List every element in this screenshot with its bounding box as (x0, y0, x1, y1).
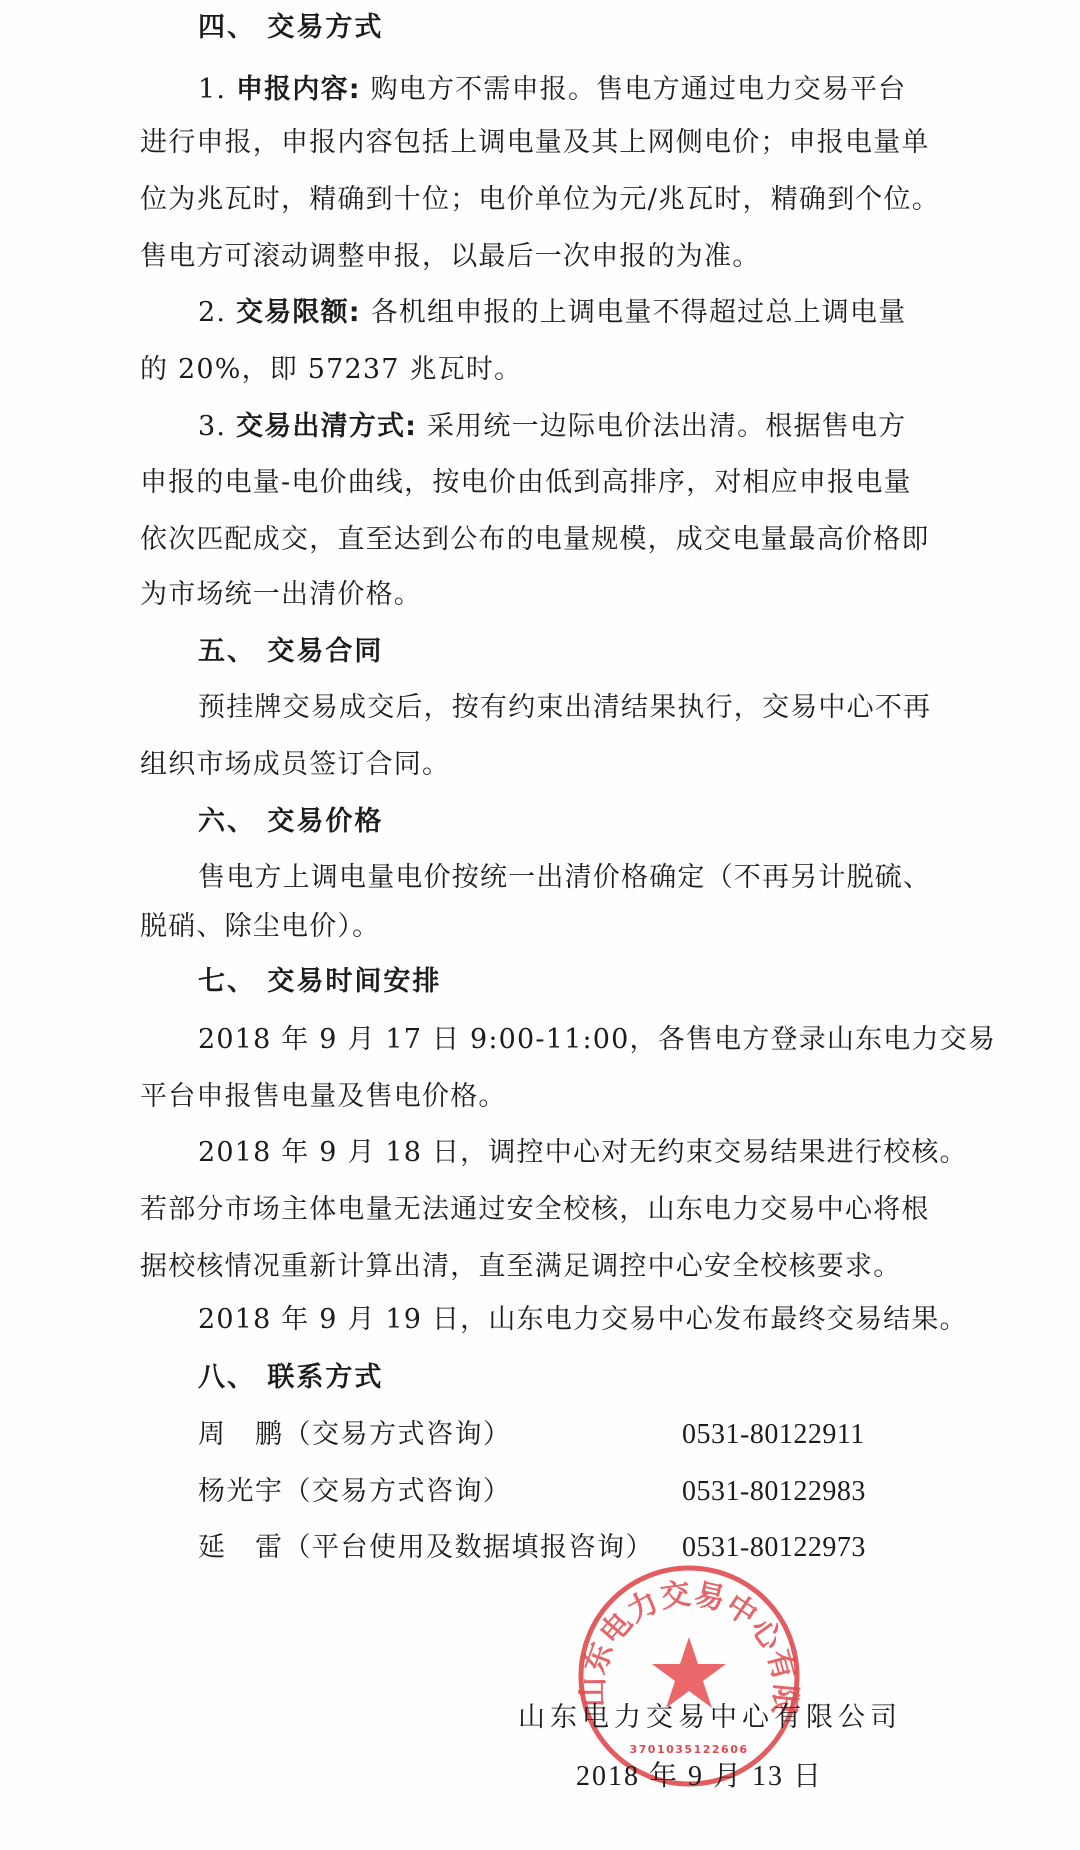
paragraph-line: 若部分市场主体电量无法通过安全校核，山东电力交易中心将根 (140, 1190, 960, 1230)
section-heading-five: 五、 交易合同 (198, 632, 1018, 672)
seal-code: 3701035122606 (630, 1743, 749, 1756)
item-number: 2. (198, 297, 226, 328)
contact-phone: 0531-80122983 (682, 1472, 866, 1512)
paragraph-line: 申报的电量-电价曲线，按电价由低到高排序，对相应申报电量 (140, 463, 960, 503)
paragraph-line: 位为兆瓦时，精确到十位；电价单位为元/兆瓦时，精确到个位。 (140, 180, 960, 220)
paragraph-line: 2018 年 9 月 19 日，山东电力交易中心发布最终交易结果。 (198, 1300, 1018, 1340)
paragraph-line: 2018 年 9 月 18 日，调控中心对无约束交易结果进行校核。 (198, 1133, 1018, 1173)
document-page: 四、 交易方式 1. 申报内容: 购电方不需申报。售电方通过电力交易平台 进行申… (0, 0, 1080, 1850)
contact-phone: 0531-80122911 (682, 1415, 865, 1455)
contact-name: 杨光宇 (198, 1472, 284, 1512)
official-seal-stamp: 山东电力交易中心有限公司 3701035122606 (576, 1563, 802, 1789)
paragraph-line: 售电方可滚动调整申报，以最后一次申报的为准。 (140, 237, 960, 277)
paragraph-line: 平台申报售电量及售电价格。 (140, 1077, 960, 1117)
contact-row: 周 鹏（交易方式咨询） 0531-80122911 (198, 1415, 898, 1455)
paragraph-line: 2018 年 9 月 17 日 9:00-11:00，各售电方登录山东电力交易 (198, 1020, 1018, 1060)
item-2-first-line: 2. 交易限额: 各机组申报的上调电量不得超过总上调电量 (198, 293, 1018, 333)
contact-role: （交易方式咨询） (284, 1419, 512, 1450)
paragraph-line: 依次匹配成交，直至达到公布的电量规模，成交电量最高价格即 (140, 520, 960, 560)
paragraph-line: 据校核情况重新计算出清，直至满足调控中心安全校核要求。 (140, 1247, 960, 1287)
section-heading-six: 六、 交易价格 (198, 802, 1018, 842)
section-heading-eight: 八、 联系方式 (198, 1358, 1018, 1398)
section-heading-four: 四、 交易方式 (198, 8, 1018, 48)
contact-phone: 0531-80122973 (682, 1528, 866, 1568)
item-label: 申报内容: (236, 74, 361, 105)
contact-role: （平台使用及数据填报咨询） (284, 1532, 655, 1563)
paragraph-line: 的 20%，即 57237 兆瓦时。 (140, 350, 960, 390)
item-number: 3. (198, 411, 226, 442)
paragraph-line: 脱硝、除尘电价）。 (140, 907, 960, 947)
contact-row: 延 雷（平台使用及数据填报咨询） 0531-80122973 (198, 1528, 898, 1568)
contact-row: 杨光宇（交易方式咨询） 0531-80122983 (198, 1472, 898, 1512)
paragraph-line: 进行申报，申报内容包括上调电量及其上网侧电价；申报电量单 (140, 123, 960, 163)
signature-organization: 山东电力交易中心有限公司 (518, 1698, 902, 1738)
item-label: 交易限额: (236, 297, 361, 328)
item-label: 交易出清方式: (236, 411, 417, 442)
item-text: 购电方不需申报。售电方通过电力交易平台 (371, 74, 907, 105)
contact-name: 周 鹏 (198, 1415, 284, 1455)
item-text: 各机组申报的上调电量不得超过总上调电量 (371, 297, 907, 328)
contact-name: 延 雷 (198, 1528, 284, 1568)
item-1-first-line: 1. 申报内容: 购电方不需申报。售电方通过电力交易平台 (198, 70, 1018, 110)
paragraph-line: 预挂牌交易成交后，按有约束出清结果执行，交易中心不再 (198, 688, 1018, 728)
item-number: 1. (198, 74, 226, 105)
paragraph-line: 售电方上调电量电价按统一出清价格确定（不再另计脱硫、 (198, 858, 1018, 898)
section-heading-seven: 七、 交易时间安排 (198, 962, 1018, 1002)
item-3-first-line: 3. 交易出清方式: 采用统一边际电价法出清。根据售电方 (198, 407, 1018, 447)
paragraph-line: 组织市场成员签订合同。 (140, 745, 960, 785)
item-text: 采用统一边际电价法出清。根据售电方 (427, 411, 906, 442)
signature-date: 2018 年 9 月 13 日 (576, 1757, 823, 1797)
contact-role: （交易方式咨询） (284, 1476, 512, 1507)
paragraph-line: 为市场统一出清价格。 (140, 575, 960, 615)
